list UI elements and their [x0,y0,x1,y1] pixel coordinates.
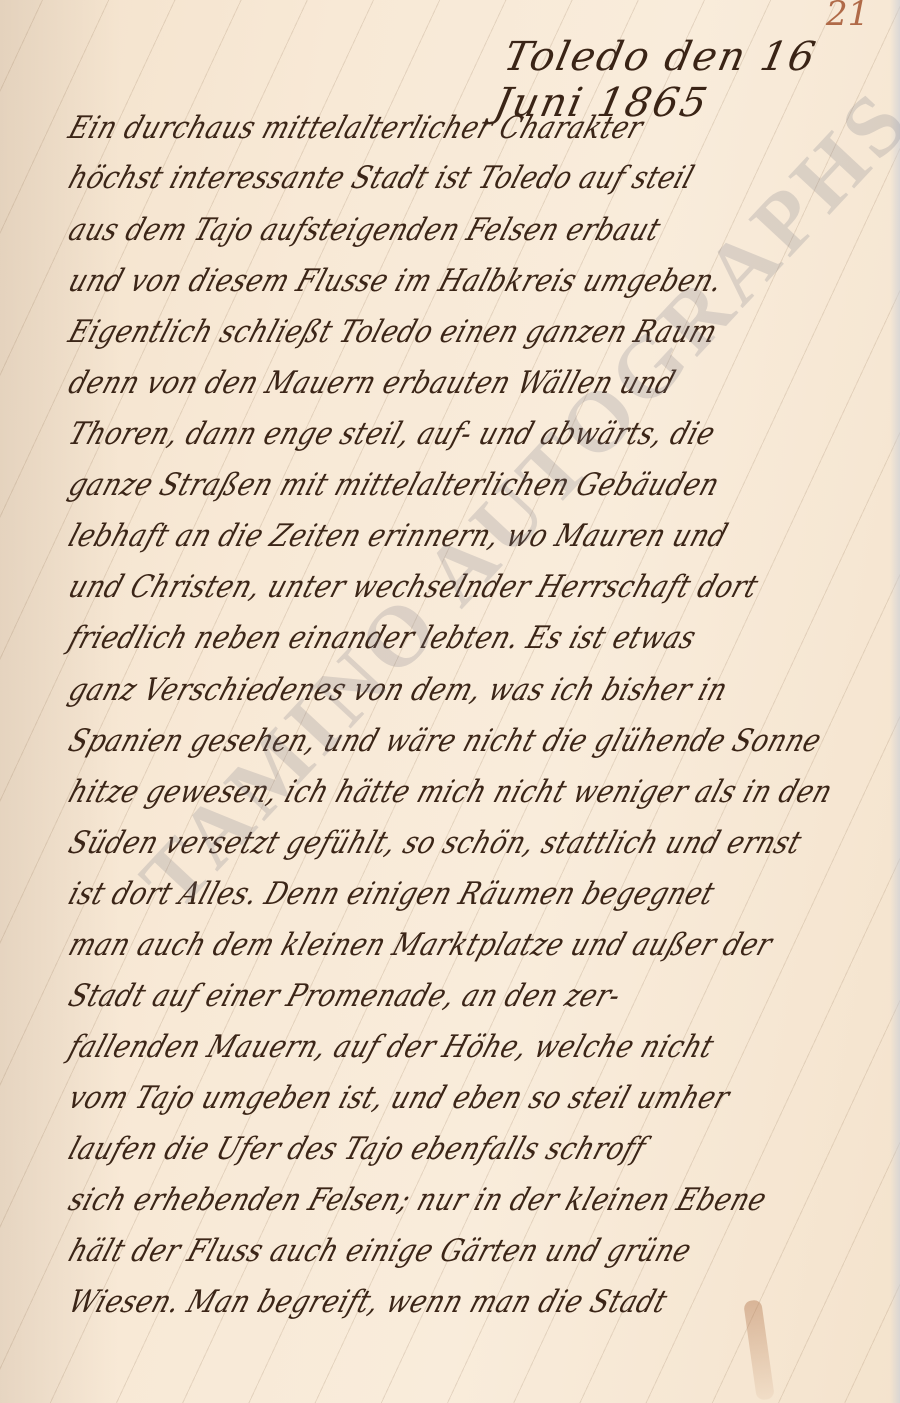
handwritten-line: aus dem Tajo aufsteigenden Felsen erbaut [64,212,665,248]
handwritten-line: Stadt auf einer Promenade, an den zer- [64,978,625,1014]
handwritten-line: laufen die Ufer des Tajo ebenfalls schro… [64,1131,650,1167]
folio-number: 21 [826,0,869,34]
handwritten-line: ganze Straßen mit mittelalterlichen Gebä… [64,467,724,503]
letter-page: 21 Toledo den 16 Juni 1865 Ein durchaus … [0,0,900,1403]
handwritten-line: lebhaft an die Zeiten erinnern, wo Maure… [64,518,732,554]
handwritten-line: und von diesem Flusse im Halbkreis umgeb… [64,263,727,299]
handwritten-line: Spanien gesehen, und wäre nicht die glüh… [64,723,826,759]
handwritten-line: hält der Fluss auch einige Gärten und gr… [64,1233,696,1269]
handwritten-line: sich erhebenden Felsen; nur in der klein… [64,1182,771,1218]
handwritten-line: höchst interessante Stadt ist Toledo auf… [64,160,699,196]
handwritten-line: man auch dem kleinen Marktplatze und auß… [64,927,777,963]
handwritten-line: vom Tajo umgeben ist, und eben so steil … [64,1080,734,1116]
handwritten-line: fallenden Mauern, auf der Höhe, welche n… [64,1029,719,1065]
handwritten-line: Wiesen. Man begreift, wenn man die Stadt [64,1284,672,1320]
paper-edge [890,0,900,1403]
handwritten-line: Ein durchaus mittelalterlicher Charakter [64,110,648,146]
